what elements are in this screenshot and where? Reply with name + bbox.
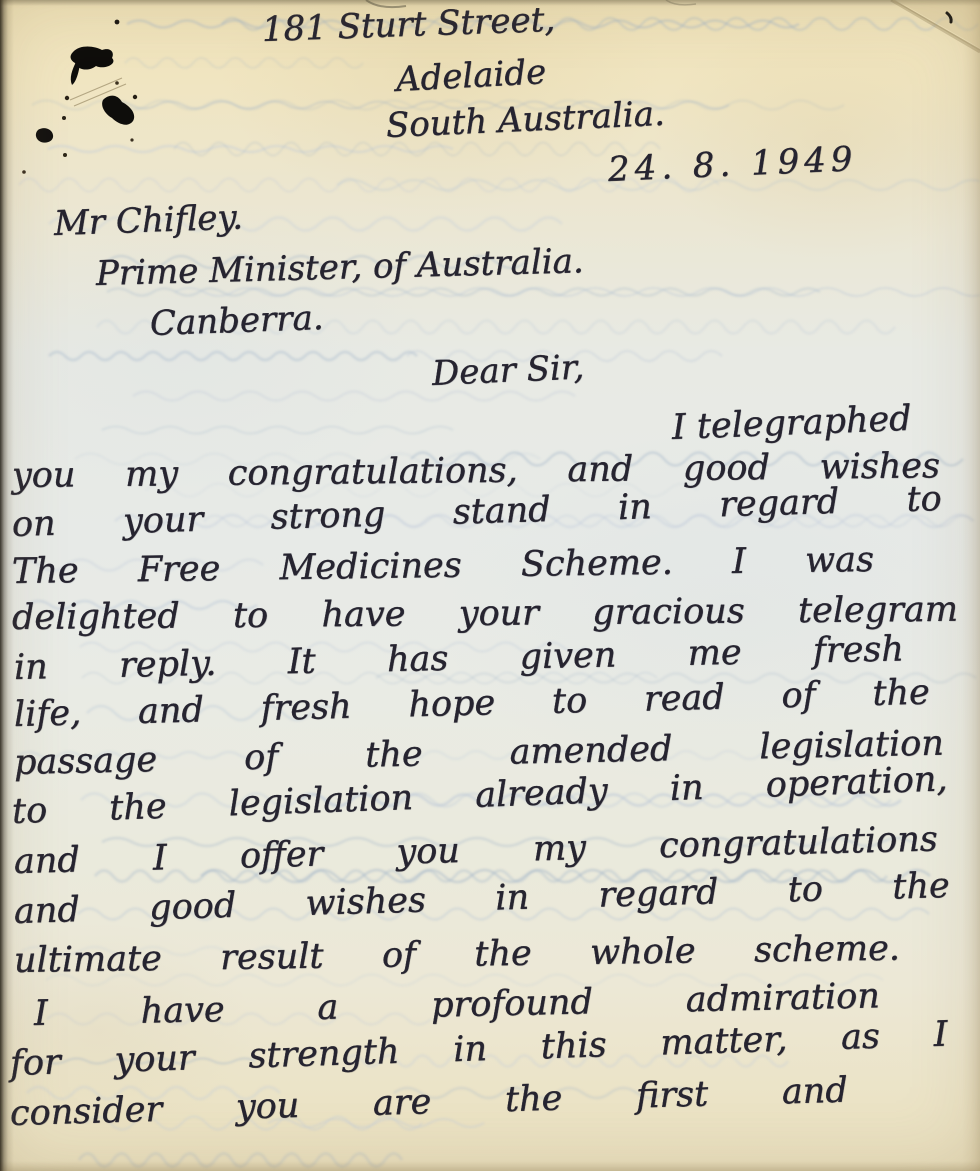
recipient-line-1: Mr Chifley.	[53, 197, 243, 244]
recipient-line-3: Canberra.	[149, 298, 324, 344]
sender-address-line-2: Adelaide	[395, 52, 547, 100]
scan-edge-top	[0, 0, 980, 6]
salutation: Dear Sir,	[431, 347, 585, 394]
scan-edge-right	[962, 0, 980, 1171]
scan-edge-bottom	[0, 1161, 980, 1171]
scan-edge-left	[0, 0, 14, 1171]
letter-page: 181 Sturt Street, Adelaide South Austral…	[0, 0, 980, 1171]
